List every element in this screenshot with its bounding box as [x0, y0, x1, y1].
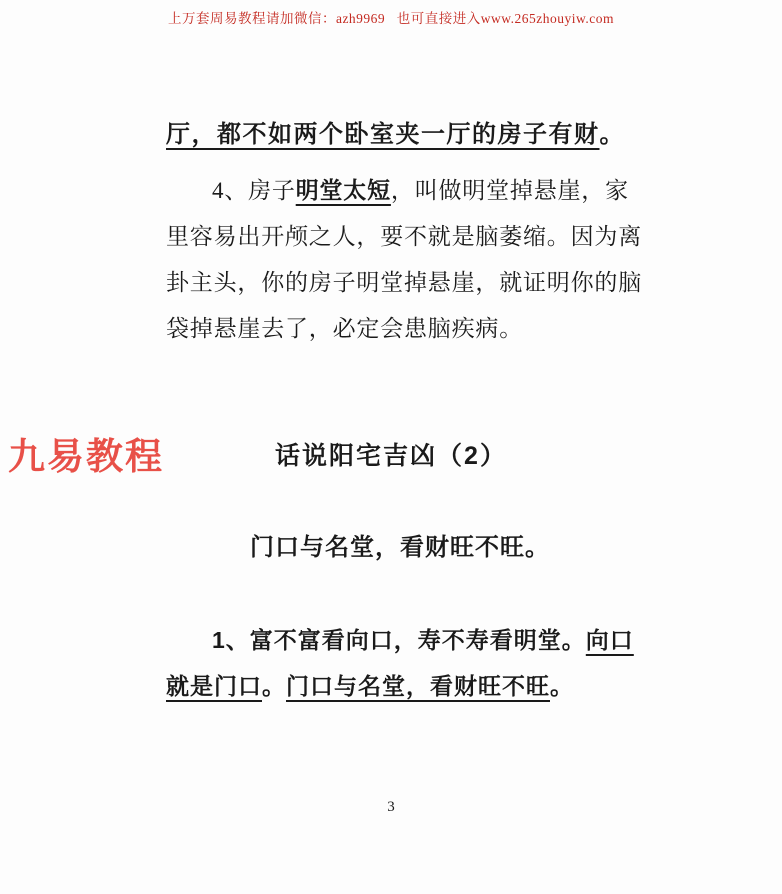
text-line: 4、房子明堂太短，叫做明堂掉悬崖，家	[166, 168, 652, 214]
text-segment: 1、富不富看向口，寿不寿看明堂。	[212, 627, 586, 653]
page-number: 3	[0, 799, 782, 816]
paragraph-item-4: 4、房子明堂太短，叫做明堂掉悬崖，家里容易出开颅之人，要不就是脑萎缩。因为离卦主…	[166, 168, 652, 352]
text-segment: 4、房子	[212, 178, 296, 203]
paragraph-item-1: 1、富不富看向口，寿不寿看明堂。向口就是门口。门口与名堂，看财旺不旺。	[166, 617, 652, 709]
text-segment: 。	[550, 673, 574, 699]
paragraph-previous-item-end: 厅，都不如两个卧室夹一厅的房子有财。	[166, 112, 652, 158]
header-ad-line: 上万套周易教程请加微信：azh9969 也可直接进入www.265zhouyiw…	[0, 7, 782, 27]
text-segment: 。	[600, 121, 626, 148]
text-segment: 袋掉悬崖去了，必定会患脑疾病。	[166, 316, 523, 341]
underlined-text-segment: 厅，都不如两个卧室夹一厅的房子有财	[166, 121, 600, 148]
text-line: 卦主头，你的房子明堂掉悬崖，就证明你的脑	[166, 260, 652, 306]
text-line: 里容易出开颅之人，要不就是脑萎缩。因为离	[166, 214, 652, 260]
underlined-text-segment: 就是门口	[166, 673, 262, 699]
underlined-text-segment: 门口与名堂，看财旺不旺	[286, 673, 550, 699]
text-line: 1、富不富看向口，寿不寿看明堂。向口	[166, 617, 652, 663]
text-segment: 卦主头，你的房子明堂掉悬崖，就证明你的脑	[166, 270, 642, 295]
text-line: 袋掉悬崖去了，必定会患脑疾病。	[166, 306, 652, 352]
text-segment: 里容易出开颅之人，要不就是脑萎缩。因为离	[166, 224, 642, 249]
document-page: 上万套周易教程请加微信：azh9969 也可直接进入www.265zhouyiw…	[0, 0, 782, 894]
text-line: 厅，都不如两个卧室夹一厅的房子有财。	[166, 112, 652, 158]
section-subheading: 门口与名堂，看财旺不旺。	[250, 525, 550, 571]
section-heading: 话说阳宅吉凶（2）	[0, 433, 782, 479]
underlined-text-segment: 明堂太短	[296, 178, 391, 203]
underlined-text-segment: 向口	[586, 627, 634, 653]
text-line: 就是门口。门口与名堂，看财旺不旺。	[166, 663, 652, 709]
text-segment: ，叫做明堂掉悬崖，家	[391, 178, 629, 203]
text-segment: 。	[262, 673, 286, 699]
